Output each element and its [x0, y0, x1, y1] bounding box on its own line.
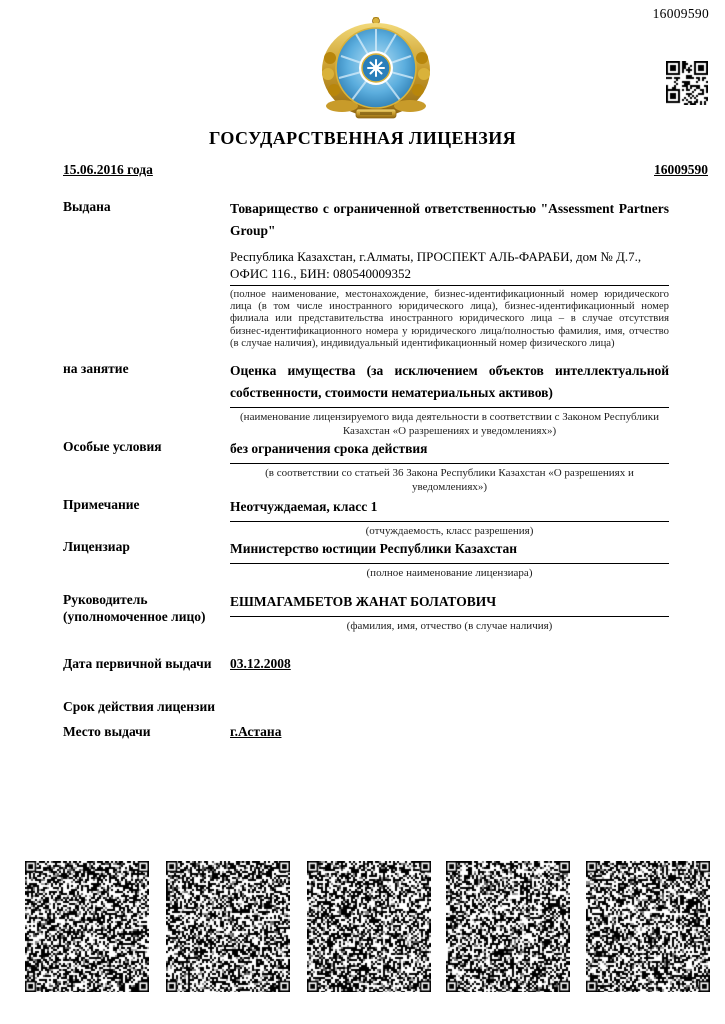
field-head: Руководитель (уполномоченное лицо) ЕШМАГ…: [63, 591, 669, 633]
date-number-row: 15.06.2016 года 16009590: [63, 162, 708, 178]
field-special-note: (в соответствии со статьей 36 Закона Рес…: [230, 466, 669, 494]
field-place-label: Место выдачи: [63, 723, 230, 741]
field-head-note: (фамилия, имя, отчество (в случае наличи…: [230, 619, 669, 633]
field-place-value: г.Астана: [230, 724, 281, 739]
field-remark-label: Примечание: [63, 496, 230, 538]
field-first-issue-date: Дата первичной выдачи 03.12.2008: [63, 655, 669, 673]
field-special-conditions: Особые условия без ограничения срока дей…: [63, 438, 669, 494]
divider-line: [230, 563, 669, 564]
field-remark: Примечание Неотчуждаемая, класс 1 (отчуж…: [63, 496, 669, 538]
field-remark-note: (отчуждаемость, класс разрешения): [230, 524, 669, 538]
field-issued-value: Товарищество с ограниченной ответственно…: [230, 198, 669, 242]
field-issued-label: Выдана: [63, 198, 230, 349]
divider-line: [230, 616, 669, 617]
field-head-value: ЕШМАГАМБЕТОВ ЖАНАТ БОЛАТОВИЧ: [230, 591, 669, 613]
field-issued-address: Республика Казахстан, г.Алматы, ПРОСПЕКТ…: [230, 248, 669, 282]
kazakhstan-emblem-icon: [320, 16, 432, 120]
field-licensor-note: (полное наименование лицензиара): [230, 566, 669, 580]
license-fields: Выдана Товарищество с ограниченной ответ…: [63, 198, 669, 741]
field-licensor-value: Министерство юстиции Республики Казахста…: [230, 538, 669, 560]
field-place-of-issue: Место выдачи г.Астана: [63, 723, 669, 741]
field-activity-label: на занятие: [63, 360, 230, 438]
field-activity-note: (наименование лицензируемого вида деятел…: [230, 410, 669, 438]
field-first-issue-label: Дата первичной выдачи: [63, 655, 230, 673]
document-title: ГОСУДАРСТВЕННАЯ ЛИЦЕНЗИЯ: [0, 128, 725, 149]
issue-date: 15.06.2016 года: [63, 162, 153, 178]
divider-line: [230, 463, 669, 464]
field-validity-label: Срок действия лицензии: [63, 698, 230, 715]
document-number-top: 16009590: [653, 6, 709, 22]
divider-line: [230, 407, 669, 408]
field-first-issue-value: 03.12.2008: [230, 656, 291, 671]
license-number: 16009590: [654, 162, 708, 178]
field-issued: Выдана Товарищество с ограниченной ответ…: [63, 198, 669, 349]
divider-line: [230, 521, 669, 522]
security-barcode-block: [166, 861, 290, 992]
field-special-label: Особые условия: [63, 438, 230, 494]
license-document: 16009590: [0, 0, 725, 1024]
qr-code: [666, 61, 708, 105]
divider-line: [230, 285, 669, 286]
field-issued-note: (полное наименование, местонахождение, б…: [230, 288, 669, 349]
field-special-value: без ограничения срока действия: [230, 438, 669, 460]
field-validity: Срок действия лицензии: [63, 698, 669, 715]
security-barcode-block: [446, 861, 570, 992]
field-activity-value: Оценка имущества (за исключением объекто…: [230, 360, 669, 404]
field-activity: на занятие Оценка имущества (за исключен…: [63, 360, 669, 438]
security-barcode-block: [307, 861, 431, 992]
field-licensor: Лицензиар Министерство юстиции Республик…: [63, 538, 669, 580]
security-barcode-block: [586, 861, 710, 992]
security-barcode-block: [25, 861, 149, 992]
field-remark-value: Неотчуждаемая, класс 1: [230, 496, 669, 518]
field-head-label: Руководитель (уполномоченное лицо): [63, 591, 230, 633]
field-licensor-label: Лицензиар: [63, 538, 230, 580]
